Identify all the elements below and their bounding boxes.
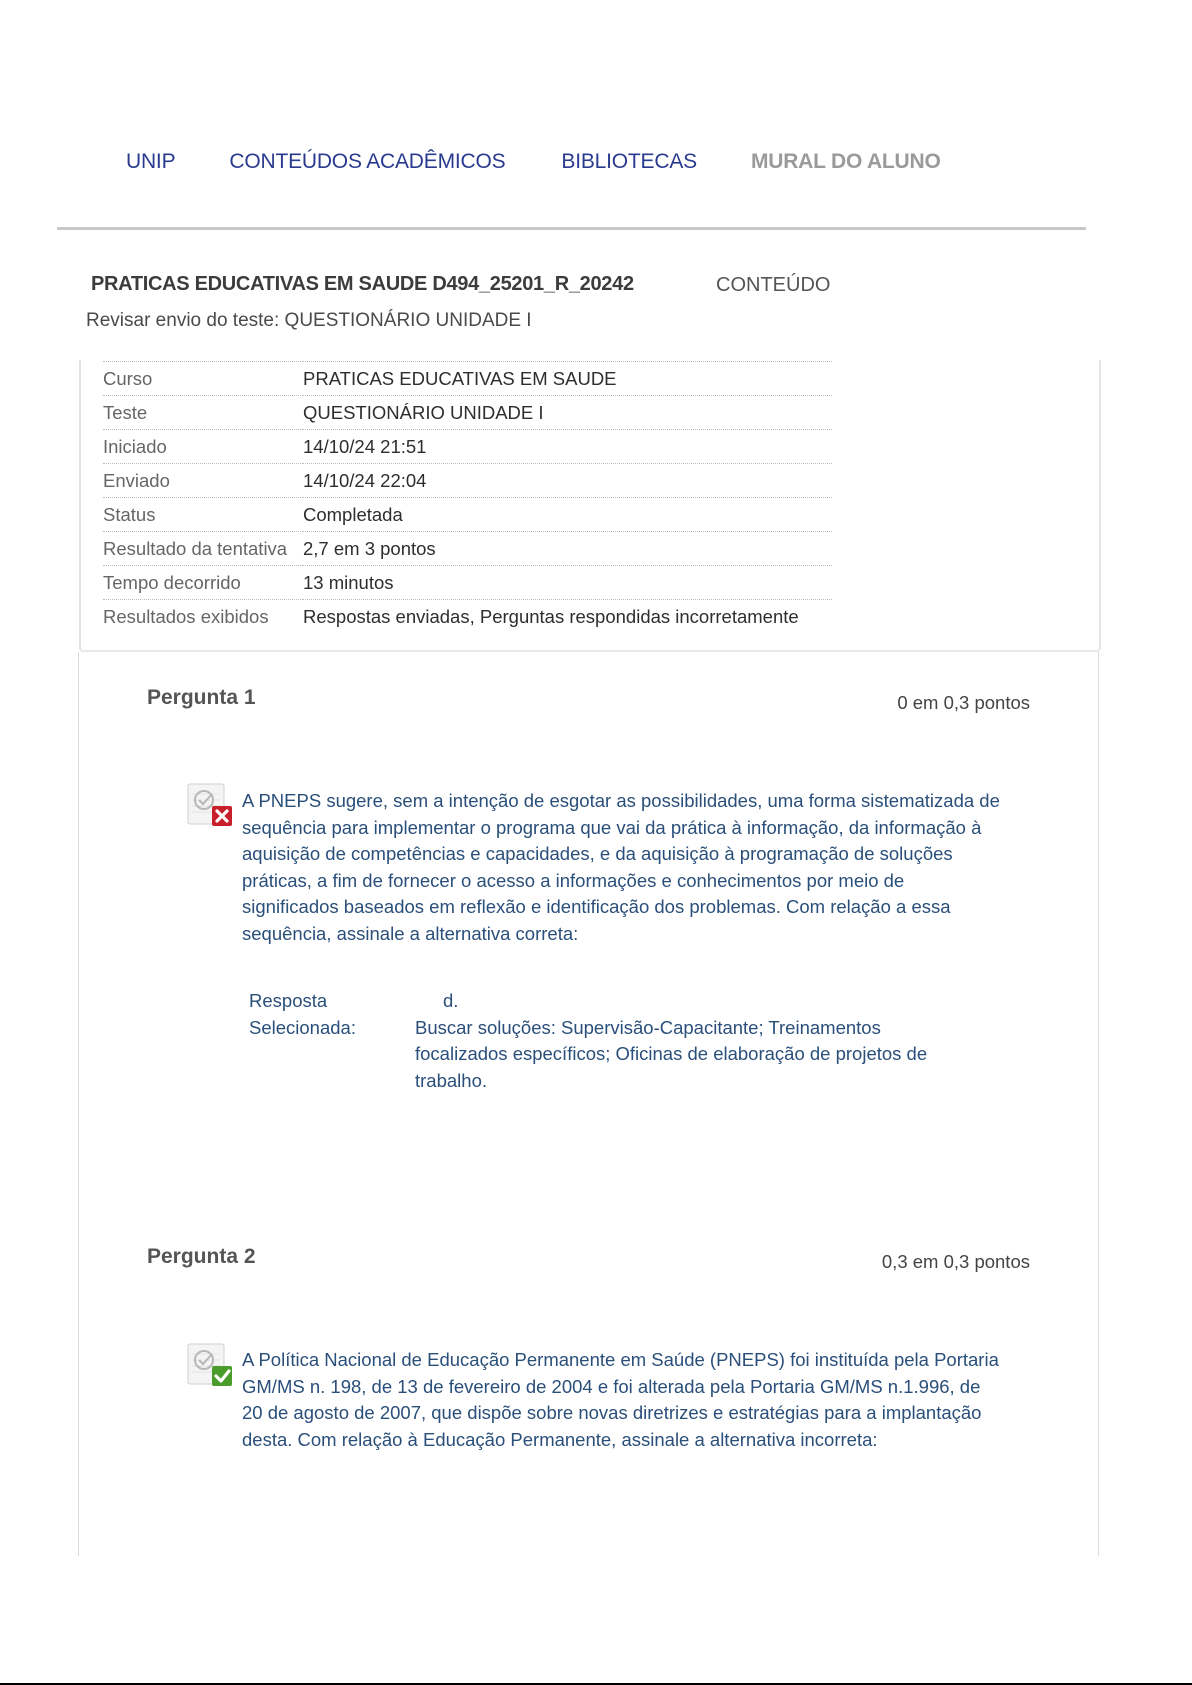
nav-link-bibliotecas[interactable]: BIBLIOTECAS bbox=[561, 150, 697, 174]
question-text: A PNEPS sugere, sem a intenção de esgota… bbox=[242, 788, 1002, 948]
summary-label: Curso bbox=[103, 362, 303, 396]
summary-row: StatusCompletada bbox=[103, 498, 832, 532]
question-text: A Política Nacional de Educação Permanen… bbox=[242, 1347, 1002, 1453]
questions-container: Pergunta 1 0 em 0,3 pontos A PNEPS suger… bbox=[78, 652, 1099, 1556]
page-title: Revisar envio do teste: QUESTIONÁRIO UNI… bbox=[86, 310, 532, 332]
summary-label: Iniciado bbox=[103, 430, 303, 464]
top-nav: UNIP CONTEÚDOS ACADÊMICOS BIBLIOTECAS MU… bbox=[126, 150, 941, 174]
incorrect-icon bbox=[186, 782, 234, 830]
summary-value: Completada bbox=[303, 498, 832, 532]
summary-label: Resultados exibidos bbox=[103, 600, 303, 634]
attempt-summary-panel: CursoPRATICAS EDUCATIVAS EM SAUDETesteQU… bbox=[79, 360, 1101, 652]
nav-link-conteudos-academicos[interactable]: CONTEÚDOS ACADÊMICOS bbox=[229, 150, 505, 174]
summary-value: 2,7 em 3 pontos bbox=[303, 532, 832, 566]
correct-icon bbox=[186, 1342, 234, 1390]
summary-label: Enviado bbox=[103, 464, 303, 498]
nav-divider bbox=[57, 227, 1086, 230]
summary-label: Resultado da tentativa bbox=[103, 532, 303, 566]
summary-value: Respostas enviadas, Perguntas respondida… bbox=[303, 600, 832, 634]
summary-row: Resultados exibidosRespostas enviadas, P… bbox=[103, 600, 832, 634]
selected-answer-text: Buscar soluções: Supervisão-Capacitante;… bbox=[415, 1015, 975, 1095]
question-title: Pergunta 2 bbox=[147, 1245, 256, 1269]
summary-value: PRATICAS EDUCATIVAS EM SAUDE bbox=[303, 362, 832, 396]
summary-row: CursoPRATICAS EDUCATIVAS EM SAUDE bbox=[103, 362, 832, 396]
selected-answer-label: Resposta Selecionada: bbox=[249, 988, 399, 1041]
summary-row: Tempo decorrido13 minutos bbox=[103, 566, 832, 600]
summary-row: Resultado da tentativa2,7 em 3 pontos bbox=[103, 532, 832, 566]
summary-row: Iniciado14/10/24 21:51 bbox=[103, 430, 832, 464]
nav-link-unip[interactable]: UNIP bbox=[126, 150, 175, 174]
summary-row: TesteQUESTIONÁRIO UNIDADE I bbox=[103, 396, 832, 430]
summary-value: 14/10/24 22:04 bbox=[303, 464, 832, 498]
question-score: 0,3 em 0,3 pontos bbox=[882, 1251, 1030, 1273]
summary-value: 14/10/24 21:51 bbox=[303, 430, 832, 464]
summary-value: QUESTIONÁRIO UNIDADE I bbox=[303, 396, 832, 430]
summary-label: Teste bbox=[103, 396, 303, 430]
question-score: 0 em 0,3 pontos bbox=[897, 692, 1030, 714]
course-title: PRATICAS EDUCATIVAS EM SAUDE D494_25201_… bbox=[91, 273, 634, 296]
attempt-summary-table: CursoPRATICAS EDUCATIVAS EM SAUDETesteQU… bbox=[103, 361, 832, 634]
conteudo-link[interactable]: CONTEÚDO bbox=[716, 274, 830, 297]
selected-answer-letter: d. bbox=[443, 988, 458, 1015]
summary-label: Tempo decorrido bbox=[103, 566, 303, 600]
summary-value: 13 minutos bbox=[303, 566, 832, 600]
nav-link-mural-do-aluno[interactable]: MURAL DO ALUNO bbox=[751, 150, 941, 174]
summary-row: Enviado14/10/24 22:04 bbox=[103, 464, 832, 498]
question-title: Pergunta 1 bbox=[147, 686, 256, 710]
summary-label: Status bbox=[103, 498, 303, 532]
